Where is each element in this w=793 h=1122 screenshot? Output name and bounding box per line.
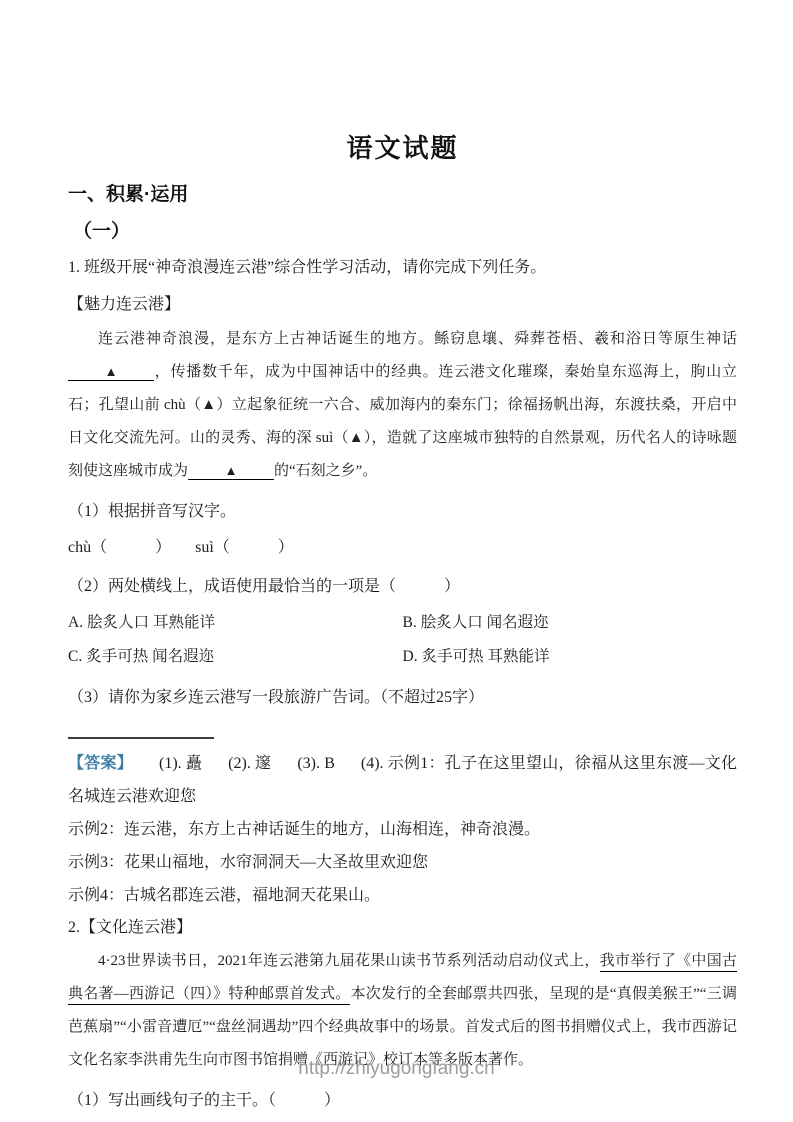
- fill-blank-1: ▲: [68, 364, 154, 381]
- question1-sub3: （3）请你为家乡连云港写一段旅游广告词。（不超过25字）: [68, 683, 737, 713]
- option-a-label: A.: [68, 614, 83, 631]
- passage-segment: 的“石刻之乡”。: [274, 463, 377, 479]
- option-a-text: 脍炙人口 耳熟能详: [87, 614, 215, 631]
- option-c-text: 炙手可热 闻名遐迩: [86, 648, 214, 665]
- option-b: B.脍炙人口 闻名遐迩: [403, 606, 738, 640]
- option-d-text: 炙手可热 耳熟能详: [422, 648, 550, 665]
- question1-passage: 连云港神奇浪漫，是东方上古神话诞生的地方。鲧窃息壤、舜葬苍梧、羲和浴日等原生神话…: [68, 323, 737, 488]
- divider-line: [68, 737, 214, 739]
- question2-heading: 2.【文化连云港】: [68, 912, 737, 943]
- passage-segment: 连云港神奇浪漫，是东方上古神话诞生的地方。鲧窃息壤、舜葬苍梧、羲和浴日等原生神话: [98, 331, 737, 347]
- option-c: C.炙手可热 闻名遐迩: [68, 640, 403, 674]
- option-b-label: B.: [403, 614, 417, 631]
- watermark-url: http://zhiyugongfang.cn: [0, 1058, 793, 1080]
- option-a: A.脍炙人口 耳熟能详: [68, 606, 403, 640]
- answer-item-3: (3). B: [297, 755, 335, 772]
- section-heading: 一、积累·运用: [68, 179, 737, 206]
- answer-example-4: 示例4：古城名郡连云港，福地洞天花果山。: [68, 879, 737, 912]
- part-label: （一）: [68, 216, 737, 243]
- question1-tag: 【魅力连云港】: [68, 292, 737, 318]
- passage-segment: ，传播数千年，成为中国神话中的经典。连云港文化璀璨，秦始皇东巡海上，朐山立石；孔…: [68, 364, 737, 479]
- answer-tag: 【答案】: [68, 755, 133, 772]
- fill-blank-2: ▲: [188, 463, 274, 480]
- answer-example-2: 示例2：连云港，东方上古神话诞生的地方，山海相连，神奇浪漫。: [68, 813, 737, 846]
- answer-example-3: 示例3：花果山福地，水帘洞洞天—大圣故里欢迎您: [68, 846, 737, 879]
- answer-item-2: (2). 邃: [228, 755, 271, 772]
- passage-segment: 4·23世界读书日，2021年连云港第九届花果山读书节系列活动启动仪式上，: [98, 953, 600, 969]
- question1-sub2: （2）两处横线上，成语使用最恰当的一项是（ ）: [68, 572, 737, 602]
- choice-options: A.脍炙人口 耳熟能详 B.脍炙人口 闻名遐迩 C.炙手可热 闻名遐迩 D.炙手…: [68, 606, 737, 674]
- question2-sub1: （1）写出画线句子的主干。（ ）: [68, 1086, 737, 1116]
- answer-key-line: 【答案】(1). 矗(2). 邃(3). B(4). 示例1：孔子在这里望山，徐…: [68, 747, 737, 813]
- question1-stem: 1. 班级开展“神奇浪漫连云港”综合性学习活动，请你完成下列任务。: [68, 255, 737, 281]
- option-c-label: C.: [68, 648, 82, 665]
- question1-sub1: （1）根据拼音写汉字。: [68, 497, 737, 527]
- option-d-label: D.: [403, 648, 418, 665]
- page-title: 语文试题: [68, 128, 737, 165]
- option-b-text: 脍炙人口 闻名遐迩: [421, 614, 549, 631]
- option-d: D.炙手可热 耳熟能详: [403, 640, 738, 674]
- answer-item-1: (1). 矗: [159, 755, 202, 772]
- exam-page: 语文试题 一、积累·运用 （一） 1. 班级开展“神奇浪漫连云港”综合性学习活动…: [0, 0, 793, 1122]
- pinyin-answer-line: chù（ ） suì（ ）: [68, 533, 737, 563]
